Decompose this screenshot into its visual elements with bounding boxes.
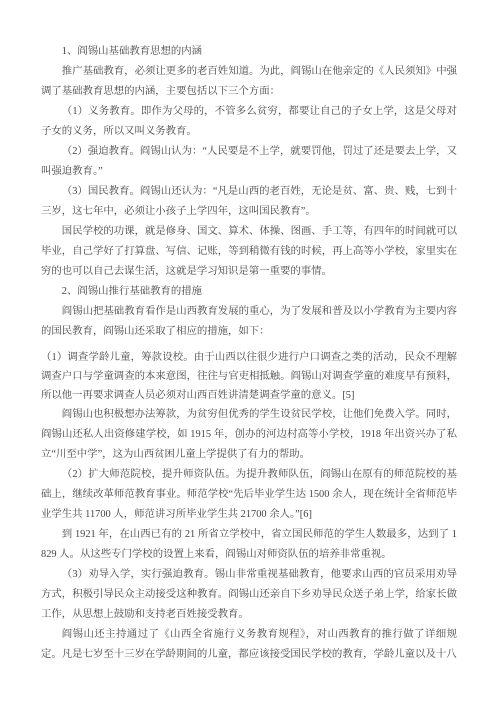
- measure-survey-children: （1）调查学龄儿童，筹款设校。由于山西以往很少进行户口调查之类的活动，民众不理解…: [41, 348, 457, 405]
- para-national-school: 国民学校的功课，就是修身、国文、算术、体操、图画、手工等，有四年的时间就可以毕业…: [41, 222, 457, 282]
- item-forced-education: （2）强迫教育。阎锡山认为：“人民要是不上学，就要罚他，罚过了还是要去上学，又叫…: [41, 142, 457, 182]
- section1-heading: 1、阎锡山基础教育思想的内涵: [41, 42, 457, 62]
- document-page: 1、阎锡山基础教育思想的内涵 推广基础教育，必须让更多的老百姓知道。为此，阎锡山…: [0, 0, 500, 707]
- measure-normal-schools: （2）扩大师范院校，提升师资队伍。为提升教师队伍，阎锡山在原有的师范院校的基础上…: [41, 465, 457, 525]
- para-1921-statistics: 到 1921 年，在山西已有的 21 所省立学校中，省立国民师范的学生人数最多，…: [41, 525, 457, 565]
- measure-persuade-enroll: （3）劝导入学，实行强迫教育。锡山非常重视基础教育，他要求山西的官员采用劝导方式…: [41, 565, 457, 625]
- document-text-block: 1、阎锡山基础教育思想的内涵 推广基础教育，必须让更多的老百姓知道。为此，阎锡山…: [41, 42, 457, 665]
- section2-heading: 2、阎锡山推行基础教育的措施: [41, 282, 457, 302]
- section2-intro: 阎锡山把基础教育看作是山西教育发展的重心，为了发展和普及以小学教育为主要内容的国…: [41, 302, 457, 342]
- para-fundraising: 阎锡山也积极想办法筹款，为贫穷但优秀的学生设贫民学校，让他们免费入学。同时，阎锡…: [41, 405, 457, 465]
- item-national-education: （3）国民教育。阎锡山还认为：“凡是山西的老百姓，无论是贫、富、贵、贱，七到十三…: [41, 182, 457, 222]
- item-compulsory-education: （1）义务教育。即作为父母的，不管多么贫穷，都要让自己的子女上学，这是父母对子女…: [41, 102, 457, 142]
- section1-intro: 推广基础教育，必须让更多的老百姓知道。为此，阎锡山在他亲定的《人民须知》中强调了…: [41, 62, 457, 102]
- para-regulation: 阎锡山还主持通过了《山西全省施行义务教育规程》，对山西教育的推行做了详细规定。凡…: [41, 625, 457, 665]
